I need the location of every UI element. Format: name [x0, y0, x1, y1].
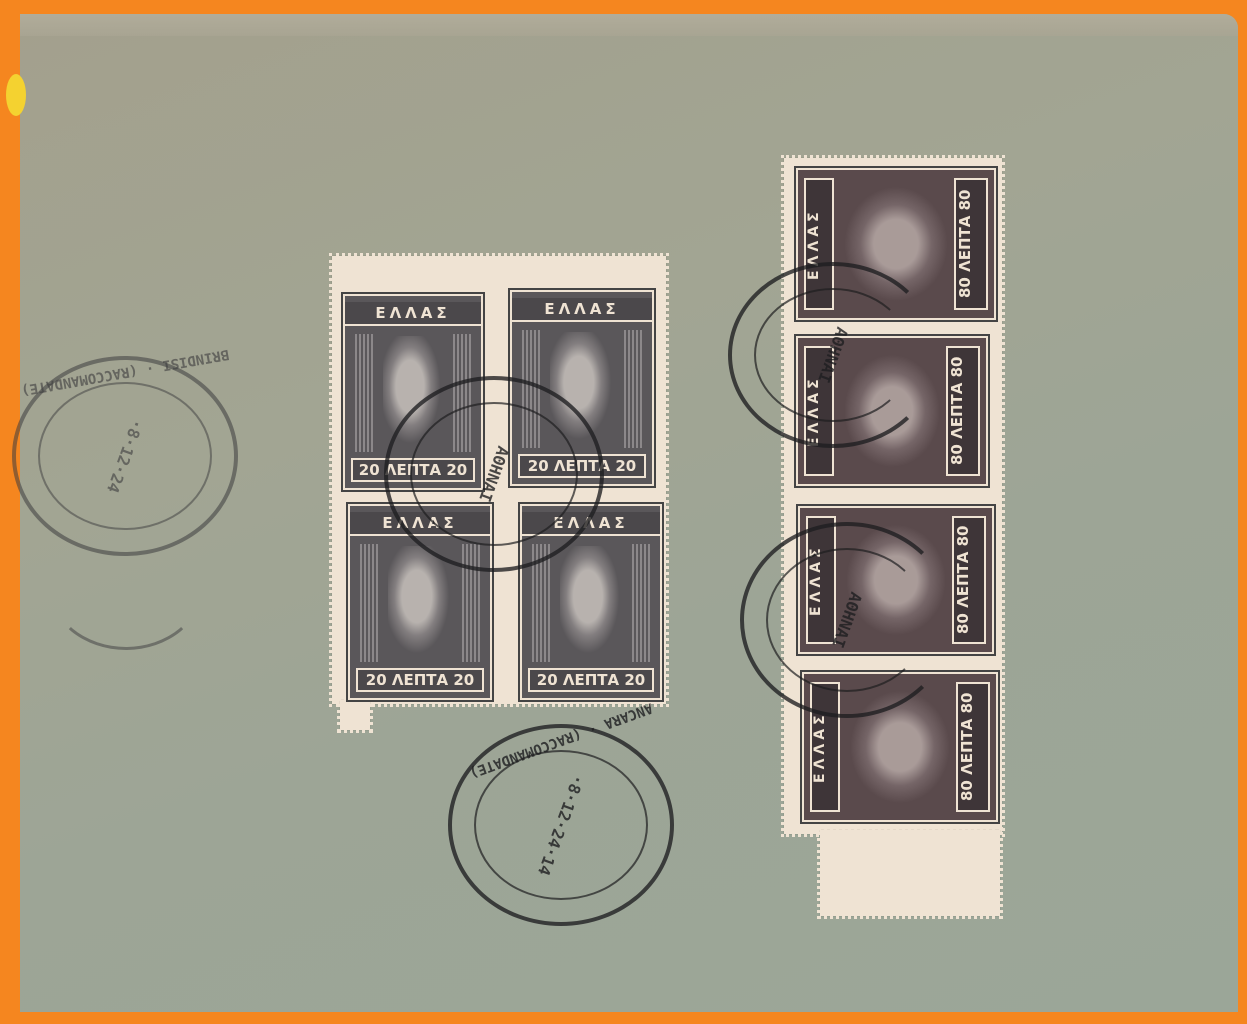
column-right — [632, 544, 650, 662]
stamp-value: 80 ΛΕΠΤΑ 80 — [956, 682, 990, 812]
winged-figure-image — [560, 546, 622, 658]
stamp-block-tab — [340, 700, 370, 730]
stamp-value: 80 ΛΕΠΤΑ 80 — [954, 178, 988, 310]
column-left — [360, 544, 378, 662]
winged-figure-image — [388, 546, 452, 658]
postmark-center-block: ΑΘΗΝΑΙ — [384, 376, 604, 572]
column-right — [624, 330, 642, 448]
yellow-sticker — [6, 74, 26, 116]
stamp-value: 20 ΛΕΠΤΑ 20 — [356, 668, 484, 692]
postmark-right-lower: ΑΘΗΝΑΙ — [740, 522, 954, 718]
envelope-flap-edge — [20, 14, 1238, 36]
stamp-value: 80 ΛΕΠΤΑ 80 — [946, 346, 980, 476]
stamp-country: ΕΛΛΑΣ — [345, 302, 481, 326]
stamp-country: ΕΛΛΑΣ — [512, 298, 652, 322]
postmark-left-tail — [48, 520, 204, 650]
column-left — [355, 334, 373, 452]
stamp-value: 20 ΛΕΠΤΑ 20 — [528, 668, 654, 692]
stamp-strip-selvage — [820, 830, 1000, 916]
postmark-bottom: ANCARA · (RACCOMANDATE) ·8·12·24·14 — [448, 724, 674, 926]
stamp-value: 80 ΛΕΠΤΑ 80 — [952, 516, 986, 644]
postmark-right-upper: ΑΘΗΝΑΙ — [728, 262, 938, 448]
